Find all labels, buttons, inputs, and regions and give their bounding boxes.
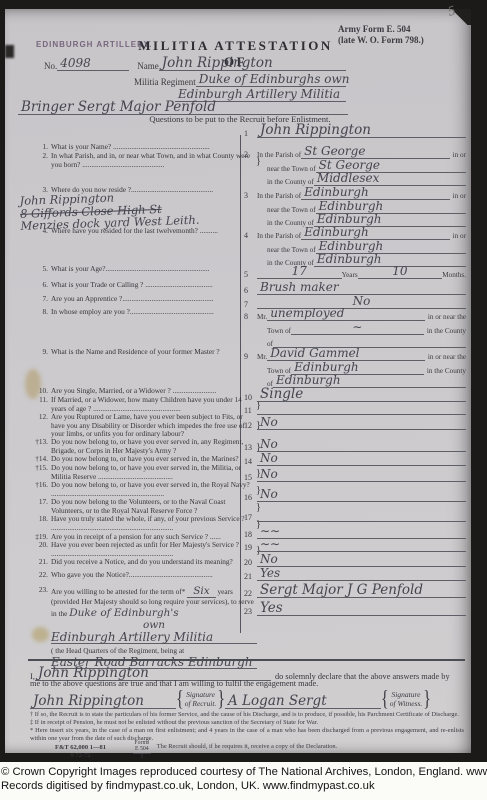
footnote-1: † If so, the Recruit is to state the par… <box>30 711 464 719</box>
question-23: 23. Are you willing to be attested for t… <box>30 585 257 669</box>
footnote-2: ‡ If in receipt of Pension, he must not … <box>30 719 464 727</box>
recruit-signature-field: John Rippington <box>30 690 176 709</box>
form-ref-line2: (late W. O. Form 798.) <box>338 35 466 46</box>
witness-signature: A Logan Sergt <box>228 693 327 709</box>
question-18: 18.Have you truly stated the whole, if a… <box>30 515 257 532</box>
answer-15: 15No <box>244 467 466 482</box>
brace-decoration: { <box>176 687 184 712</box>
question-21: 21.Did you receive a Notice, and do you … <box>30 558 257 567</box>
question-16: †16.Do you now belong to, or have you ev… <box>30 481 257 498</box>
question-15: †15.Do you now belong to, or have you ev… <box>30 464 257 481</box>
bringer-row: Bringer Sergt Major Penfold <box>18 96 348 115</box>
form-ref-line1: Army Form E. 504 <box>338 24 466 35</box>
question-22: 22.Who gave you the Notice?.............… <box>30 571 257 580</box>
form-reference: Army Form E. 504 (late W. O. Form 798.) <box>338 24 466 45</box>
question-17: 17.Do you now belong to the Volunteers, … <box>30 498 257 515</box>
question-11: 11.If Married, or a Widower, how many Ch… <box>30 396 257 413</box>
answer-10: 10Single <box>244 386 466 402</box>
answer-16: 16No <box>244 486 466 502</box>
declaration-text-2: me to the above questions are true and t… <box>30 679 460 688</box>
question-8: 8.In whose employ are you ?.............… <box>30 308 257 317</box>
footer-line-2: Records digitised by findmypast.co.uk, L… <box>0 779 487 793</box>
printer-marks-left: F&T 62,000 1—81 9 72-72 <box>55 744 106 759</box>
brace-decoration: } <box>423 687 431 712</box>
question-9: 9.What is the Name and Residence of your… <box>30 348 257 357</box>
question-7: 7.Are you an Apprentice ?...............… <box>30 295 257 304</box>
answer-12: 12No <box>244 415 466 430</box>
edge-mark <box>5 45 14 58</box>
question-5: 5.What is your Age?.....................… <box>30 265 257 274</box>
no-field: 4098 <box>57 52 129 71</box>
answer-1: 1 John Rippington <box>244 120 466 138</box>
bringer-value: Bringer Sergt Major Penfold <box>21 99 216 115</box>
question-4: 4.Where have you resided for the last tw… <box>30 227 257 236</box>
section-rule <box>28 659 465 661</box>
signature-of-witness-label: { Signatureof Witness. } <box>381 691 431 709</box>
answer-23: 23Yes <box>244 601 466 616</box>
answer-1-value: John Rippington <box>260 122 371 138</box>
brace-decoration: } <box>217 687 225 712</box>
printer-marks-right: Forms E 504 3 <box>133 740 151 760</box>
question-6: 6.What is your Trade or Calling ? ......… <box>30 281 257 290</box>
answer-22: 22Sergt Major J G Penfold <box>244 581 466 598</box>
brace-decoration: { <box>381 687 389 712</box>
question-12: 12.Are you Ruptured or Lame, have you ev… <box>30 413 257 439</box>
footer-line-1: © Crown Copyright Images reproduced cour… <box>0 765 487 779</box>
no-label: No. <box>44 61 57 71</box>
question-20: 20.Have you ever been rejected as unfit … <box>30 541 257 558</box>
footnote-3: * Here insert six years, in the case of … <box>30 727 464 743</box>
witness-signature-field: A Logan Sergt <box>225 690 381 709</box>
q23-serve-value-3: Edinburgh Artillery Militia <box>51 630 213 644</box>
recruit-signature: John Rippington <box>33 693 144 709</box>
bringer-field: Bringer Sergt Major Penfold <box>18 96 348 115</box>
question-2: 2.In what Parish, and in, or near what T… <box>30 152 257 169</box>
answer-2: 2In the Parish ofSt Georgein or near the… <box>244 146 466 186</box>
no-value: 4098 <box>60 56 91 70</box>
q23-serve-value-1: Duke of Edinburgh's <box>69 607 178 619</box>
question-13: †13.Do you now belong to, or have you ev… <box>30 438 257 455</box>
signature-of-recruit-label: { Signatureof Recruit. } <box>176 691 225 709</box>
signature-row: John Rippington { Signatureof Recruit. }… <box>30 690 464 709</box>
archive-footer: © Crown Copyright Images reproduced cour… <box>0 762 487 800</box>
